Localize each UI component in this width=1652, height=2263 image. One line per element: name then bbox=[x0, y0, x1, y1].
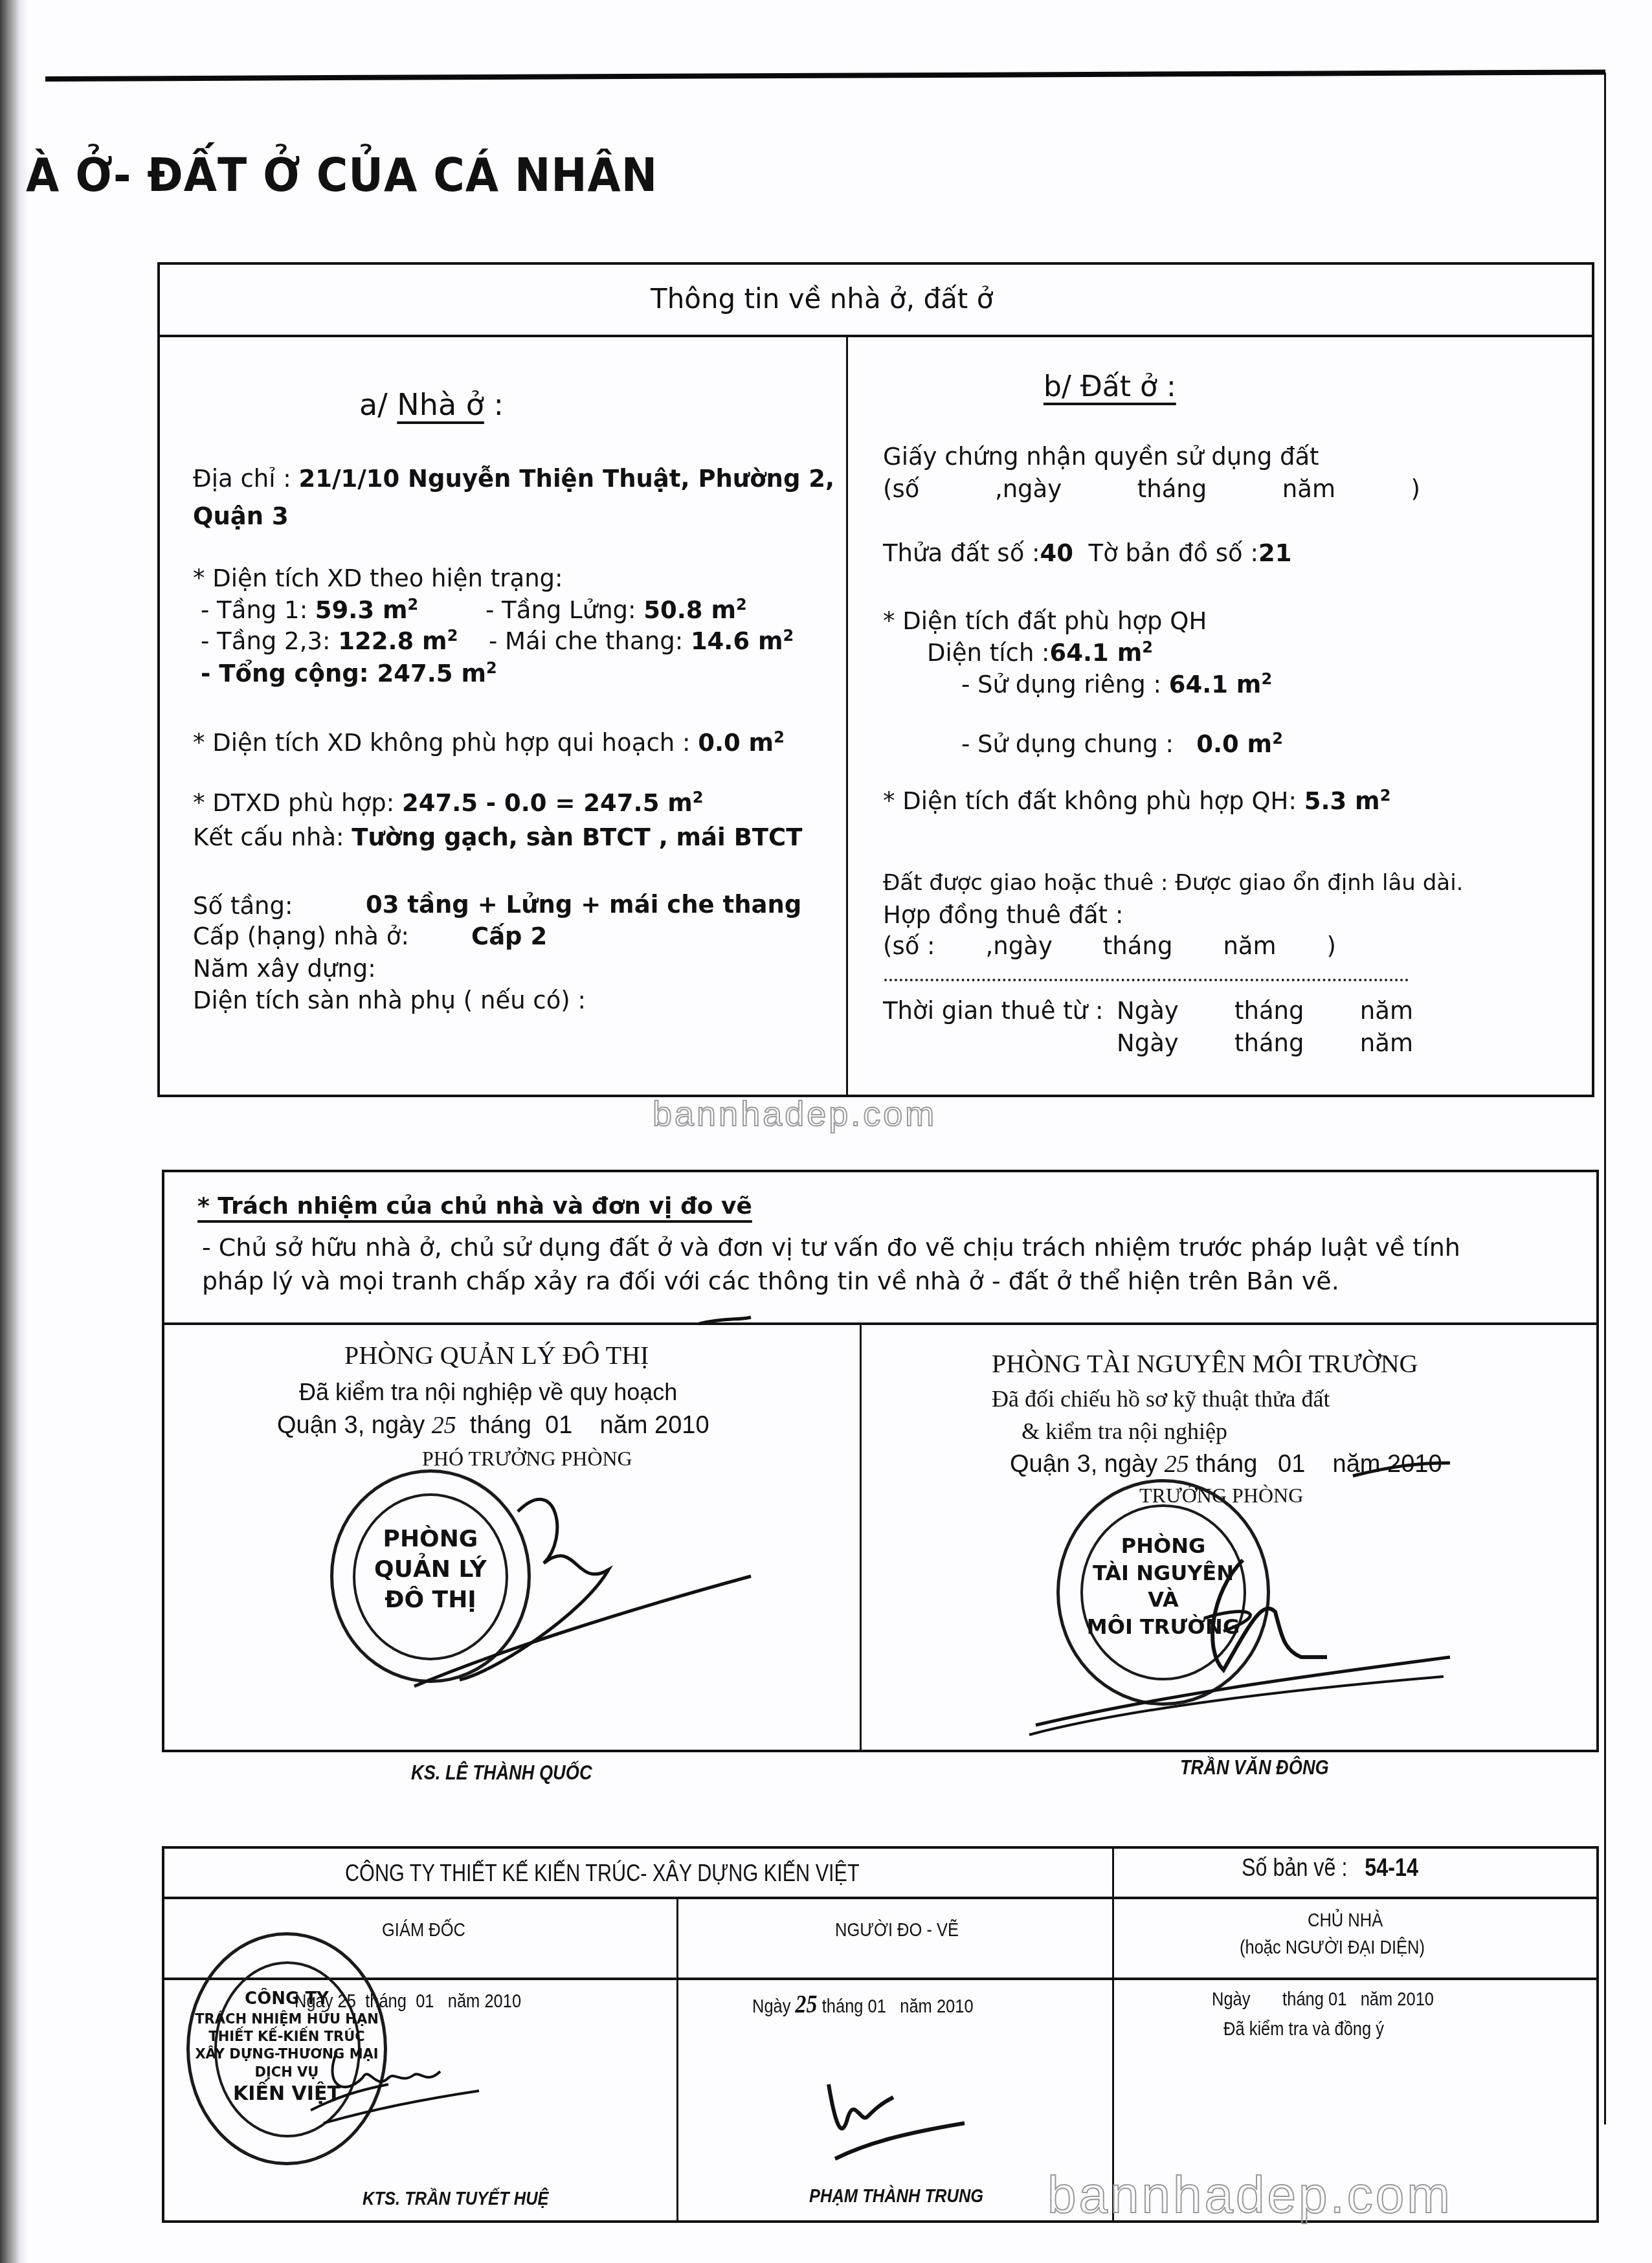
sup: 2 bbox=[1380, 786, 1391, 805]
allocation-text: Đất được giao hoặc thuê : Được giao ổn đ… bbox=[883, 870, 1463, 896]
address-value: 21/1/10 Nguyễn Thiện Thuật, Phường 2, bbox=[298, 465, 834, 493]
dotted-separator bbox=[884, 979, 1409, 981]
aux-area-label: Diện tích sàn nhà phụ ( nếu có) : bbox=[193, 987, 586, 1014]
private-use-value: 64.1 m bbox=[1169, 671, 1262, 698]
sup: 2 bbox=[693, 788, 704, 807]
document-title: À Ở- ĐẤT Ở CỦA CÁ NHÂN bbox=[26, 148, 658, 202]
certificate-fields: (số ,ngày tháng năm ) bbox=[883, 475, 1420, 503]
floors-label: Số tầng: bbox=[193, 892, 293, 920]
lease-from-nam: năm bbox=[1360, 997, 1413, 1025]
sup: 2 bbox=[774, 728, 785, 746]
land-heading: b/ Đất ở : bbox=[1044, 370, 1176, 403]
sup: 2 bbox=[1142, 638, 1153, 656]
structure-label: Kết cấu nhà: bbox=[193, 823, 352, 851]
urban-office-signer: KS. LÊ THÀNH QUỐC bbox=[411, 1761, 592, 1785]
land-area-value: 64.1 m bbox=[1050, 639, 1143, 667]
sup: 2 bbox=[486, 659, 497, 677]
house-heading-prefix: a/ bbox=[359, 387, 397, 422]
env-office-name: PHÒNG TÀI NGUYÊN MÔI TRƯỜNG bbox=[992, 1348, 1418, 1379]
land-nonconforming-value: 5.3 m bbox=[1304, 787, 1380, 815]
lease-to-thang: tháng bbox=[1234, 1029, 1304, 1057]
info-column-divider bbox=[846, 335, 848, 1097]
sup: 2 bbox=[447, 627, 458, 645]
mezzanine-value: 50.8 m bbox=[643, 596, 736, 624]
shared-use-label: - Sử dụng chung : bbox=[961, 730, 1174, 758]
field-close: ) bbox=[1411, 475, 1420, 503]
sup: 2 bbox=[408, 596, 419, 614]
total-value: 247.5 m bbox=[377, 660, 486, 687]
date-day-handwritten: 25 bbox=[1165, 1451, 1189, 1478]
floor23-row: - Tầng 2,3: 122.8 m2 bbox=[201, 627, 458, 655]
frame-top-border bbox=[45, 69, 1605, 82]
lease-contract-label: Hợp đồng thuê đất : bbox=[883, 901, 1123, 929]
urban-office-signature bbox=[363, 1460, 751, 1693]
drawing-number-label: Số bản vẽ : bbox=[1242, 1855, 1347, 1882]
lease-field-close: ) bbox=[1327, 932, 1336, 960]
nonconforming-row: * Diện tích XD không phù hợp qui hoạch :… bbox=[193, 728, 785, 757]
lease-to-nam: năm bbox=[1360, 1029, 1413, 1057]
lease-from-ngay: Ngày bbox=[1117, 997, 1179, 1025]
lease-period-from: Ngày tháng năm bbox=[1117, 997, 1413, 1025]
urban-office-name: PHÒNG QUẢN LÝ ĐÔ THỊ bbox=[344, 1340, 649, 1370]
drawing-number: Số bản vẽ : 54-14 bbox=[1242, 1855, 1418, 1882]
floors-value: 03 tầng + Lửng + mái che thang bbox=[366, 891, 801, 919]
urban-office-note: Đã kiểm tra nội nghiệp về quy hoạch bbox=[299, 1379, 677, 1406]
house-heading: a/ Nhà ở : bbox=[359, 387, 504, 422]
land-area-row: Diện tích :64.1 m2 bbox=[927, 638, 1153, 667]
conforming-row: * DTXD phù hợp: 247.5 - 0.0 = 247.5 m2 bbox=[193, 788, 704, 817]
field-ngay: ,ngày bbox=[995, 475, 1062, 503]
env-office-note-1: Đã đối chiếu hồ sơ kỹ thuật thửa đất bbox=[992, 1385, 1330, 1412]
surveyor-date: Ngày 25 tháng 01 năm 2010 bbox=[752, 1989, 974, 2019]
sup: 2 bbox=[1272, 730, 1283, 748]
lease-period-to: Ngày tháng năm bbox=[1117, 1029, 1413, 1057]
stamp-line: CÔNG TY bbox=[190, 1989, 384, 2011]
mezzanine-row: - Tầng Lửng: 50.8 m2 bbox=[486, 596, 747, 624]
stamp-line: TRÁCH NHIỆM HỮU HẠN bbox=[190, 2011, 384, 2028]
floor1-row: - Tầng 1: 59.3 m2 bbox=[201, 596, 418, 624]
responsibility-heading: * Trách nhiệm của chủ nhà và đơn vị đo v… bbox=[197, 1193, 752, 1220]
floor23-label: - Tầng 2,3: bbox=[201, 627, 338, 655]
floor1-value: 59.3 m bbox=[315, 596, 408, 624]
field-so: (số bbox=[883, 475, 919, 503]
parcel-row: Thửa đất số :40 Tờ bản đồ số :21 bbox=[883, 539, 1291, 567]
lease-to-ngay: Ngày bbox=[1117, 1029, 1179, 1057]
responsibility-line1: - Chủ sở hữu nhà ở, chủ sử dụng đất ở và… bbox=[202, 1233, 1460, 1262]
stair-roof-value: 14.6 m bbox=[691, 627, 783, 655]
director-label: GIÁM ĐỐC bbox=[382, 1919, 465, 1941]
nonconforming-label: * Diện tích XD không phù hợp qui hoạch : bbox=[193, 729, 698, 757]
urban-office-date: Quận 3, ngày 25 tháng 01 năm 2010 bbox=[277, 1411, 709, 1440]
company-name: CÔNG TY THIẾT KẾ KIẾN TRÚC- XÂY DỰNG KIẾ… bbox=[345, 1860, 860, 1887]
title-block-divider-1 bbox=[162, 1897, 1599, 1899]
house-heading-suffix: : bbox=[484, 387, 504, 422]
private-use-row: - Sử dụng riêng : 64.1 m2 bbox=[961, 670, 1272, 698]
surveyor-label: NGƯỜI ĐO - VẼ bbox=[835, 1919, 959, 1941]
total-row: - Tổng cộng: 247.5 m2 bbox=[201, 659, 497, 687]
env-office-note-2: & kiểm tra nội nghiệp bbox=[1021, 1418, 1227, 1445]
approval-divider bbox=[162, 1322, 1599, 1325]
house-address: Địa chỉ : 21/1/10 Nguyễn Thiện Thuật, Ph… bbox=[193, 465, 834, 493]
year-built-label: Năm xây dựng: bbox=[193, 955, 376, 983]
nonconforming-value: 0.0 m bbox=[698, 729, 774, 757]
owner-sub-label: (hoặc NGƯỜI ĐẠI DIỆN) bbox=[1240, 1937, 1425, 1959]
date-rest: tháng 01 năm 2010 bbox=[456, 1412, 709, 1439]
mezzanine-label: - Tầng Lửng: bbox=[486, 596, 643, 624]
conforming-value: 247.5 - 0.0 = 247.5 m bbox=[402, 789, 693, 817]
address-label: Địa chỉ : bbox=[193, 465, 298, 493]
env-office-signature bbox=[1029, 1482, 1450, 1741]
scan-edge bbox=[0, 0, 28, 2263]
parcel-label: Thửa đất số : bbox=[883, 539, 1040, 567]
map-sheet-value: 21 bbox=[1258, 539, 1292, 567]
env-office-date: Quận 3, ngày 25 tháng 01 năm 2010 bbox=[1010, 1450, 1442, 1478]
land-nonconforming-row: * Diện tích đất không phù hợp QH: 5.3 m2 bbox=[883, 786, 1390, 815]
stair-roof-row: - Mái che thang: 14.6 m2 bbox=[489, 627, 794, 655]
certificate-label: Giấy chứng nhận quyền sử dụng đất bbox=[883, 443, 1319, 471]
house-address-line2: Quận 3 bbox=[193, 502, 289, 530]
shared-use-value: 0.0 m bbox=[1196, 730, 1272, 758]
field-thang: tháng bbox=[1137, 475, 1207, 503]
date-prefix: Quận 3, ngày bbox=[1010, 1451, 1165, 1478]
stair-roof-label: - Mái che thang: bbox=[489, 627, 691, 655]
date-day-handwritten: 25 bbox=[432, 1412, 456, 1439]
house-heading-label: Nhà ở bbox=[397, 387, 484, 422]
watermark-middle: bannhadep.com bbox=[653, 1094, 937, 1134]
sup: 2 bbox=[783, 627, 794, 645]
director-name: KTS. TRẦN TUYẾT HUỆ bbox=[363, 2188, 549, 2210]
map-sheet-label: Tờ bản đồ số : bbox=[1089, 539, 1258, 567]
grade-value: Cấp 2 bbox=[471, 922, 547, 950]
owner-note: Đã kiểm tra và đồng ý bbox=[1223, 2018, 1384, 2040]
floor1-label: - Tầng 1: bbox=[201, 596, 315, 624]
watermark-bottom: bannhadep.com bbox=[1047, 2165, 1453, 2225]
parcel-value: 40 bbox=[1040, 539, 1074, 567]
lease-field-nam: năm bbox=[1223, 932, 1276, 960]
responsibility-line2: pháp lý và mọi tranh chấp xảy ra đối với… bbox=[202, 1267, 1339, 1295]
lease-field-so: (số : bbox=[883, 932, 935, 960]
lease-field-ngay: ,ngày bbox=[986, 932, 1053, 960]
surveyor-name: PHẠM THÀNH TRUNG bbox=[809, 2185, 983, 2207]
date-prefix: Quận 3, ngày bbox=[277, 1412, 432, 1439]
land-area-label: Diện tích : bbox=[927, 639, 1050, 667]
director-signature bbox=[285, 2039, 492, 2136]
info-header-divider bbox=[157, 335, 1594, 337]
shared-use-row: - Sử dụng chung : 0.0 m2 bbox=[961, 730, 1283, 758]
lease-from-thang: tháng bbox=[1234, 997, 1304, 1025]
total-label: - Tổng cộng: bbox=[201, 660, 377, 687]
approval-column-divider bbox=[860, 1322, 862, 1752]
conforming-label: * DTXD phù hợp: bbox=[193, 789, 402, 817]
owner-date: Ngày tháng 01 năm 2010 bbox=[1212, 1989, 1434, 2011]
owner-label: CHỦ NHÀ bbox=[1308, 1910, 1383, 1932]
sup: 2 bbox=[1261, 670, 1272, 688]
sup: 2 bbox=[736, 596, 747, 614]
drawing-number-value: 54-14 bbox=[1365, 1855, 1418, 1882]
section-header: Thông tin về nhà ở, đất ở bbox=[651, 283, 993, 315]
field-nam: năm bbox=[1282, 475, 1335, 503]
area-current-label: * Diện tích XD theo hiện trạng: bbox=[193, 564, 563, 592]
date-rest: tháng 01 năm 2010 bbox=[818, 1996, 974, 2017]
floor23-value: 122.8 m bbox=[338, 627, 447, 655]
env-office-signer: TRẦN VĂN ĐÔNG bbox=[1180, 1756, 1329, 1779]
lease-fields: (số : ,ngày tháng năm ) bbox=[883, 932, 1336, 960]
land-conforming-label: * Diện tích đất phù hợp QH bbox=[883, 607, 1207, 635]
private-use-label: - Sử dụng riêng : bbox=[961, 671, 1161, 698]
frame-right-border bbox=[1604, 72, 1606, 2124]
lease-field-thang: tháng bbox=[1103, 932, 1173, 960]
structure-value: Tường gạch, sàn BTCT , mái BTCT bbox=[352, 823, 802, 851]
lease-period-label: Thời gian thuê từ : bbox=[883, 997, 1104, 1025]
title-block-vdivider-1 bbox=[676, 1897, 678, 2223]
date-day-handwritten: 25 bbox=[796, 1989, 818, 2018]
title-block-divider-2 bbox=[162, 1978, 1599, 1980]
structure-row: Kết cấu nhà: Tường gạch, sàn BTCT , mái … bbox=[193, 823, 802, 851]
land-nonconforming-label: * Diện tích đất không phù hợp QH: bbox=[883, 787, 1304, 815]
surveyor-signature bbox=[809, 2071, 977, 2162]
grade-label: Cấp (hạng) nhà ở: bbox=[193, 922, 409, 950]
date-prefix: Ngày bbox=[752, 1996, 796, 2017]
